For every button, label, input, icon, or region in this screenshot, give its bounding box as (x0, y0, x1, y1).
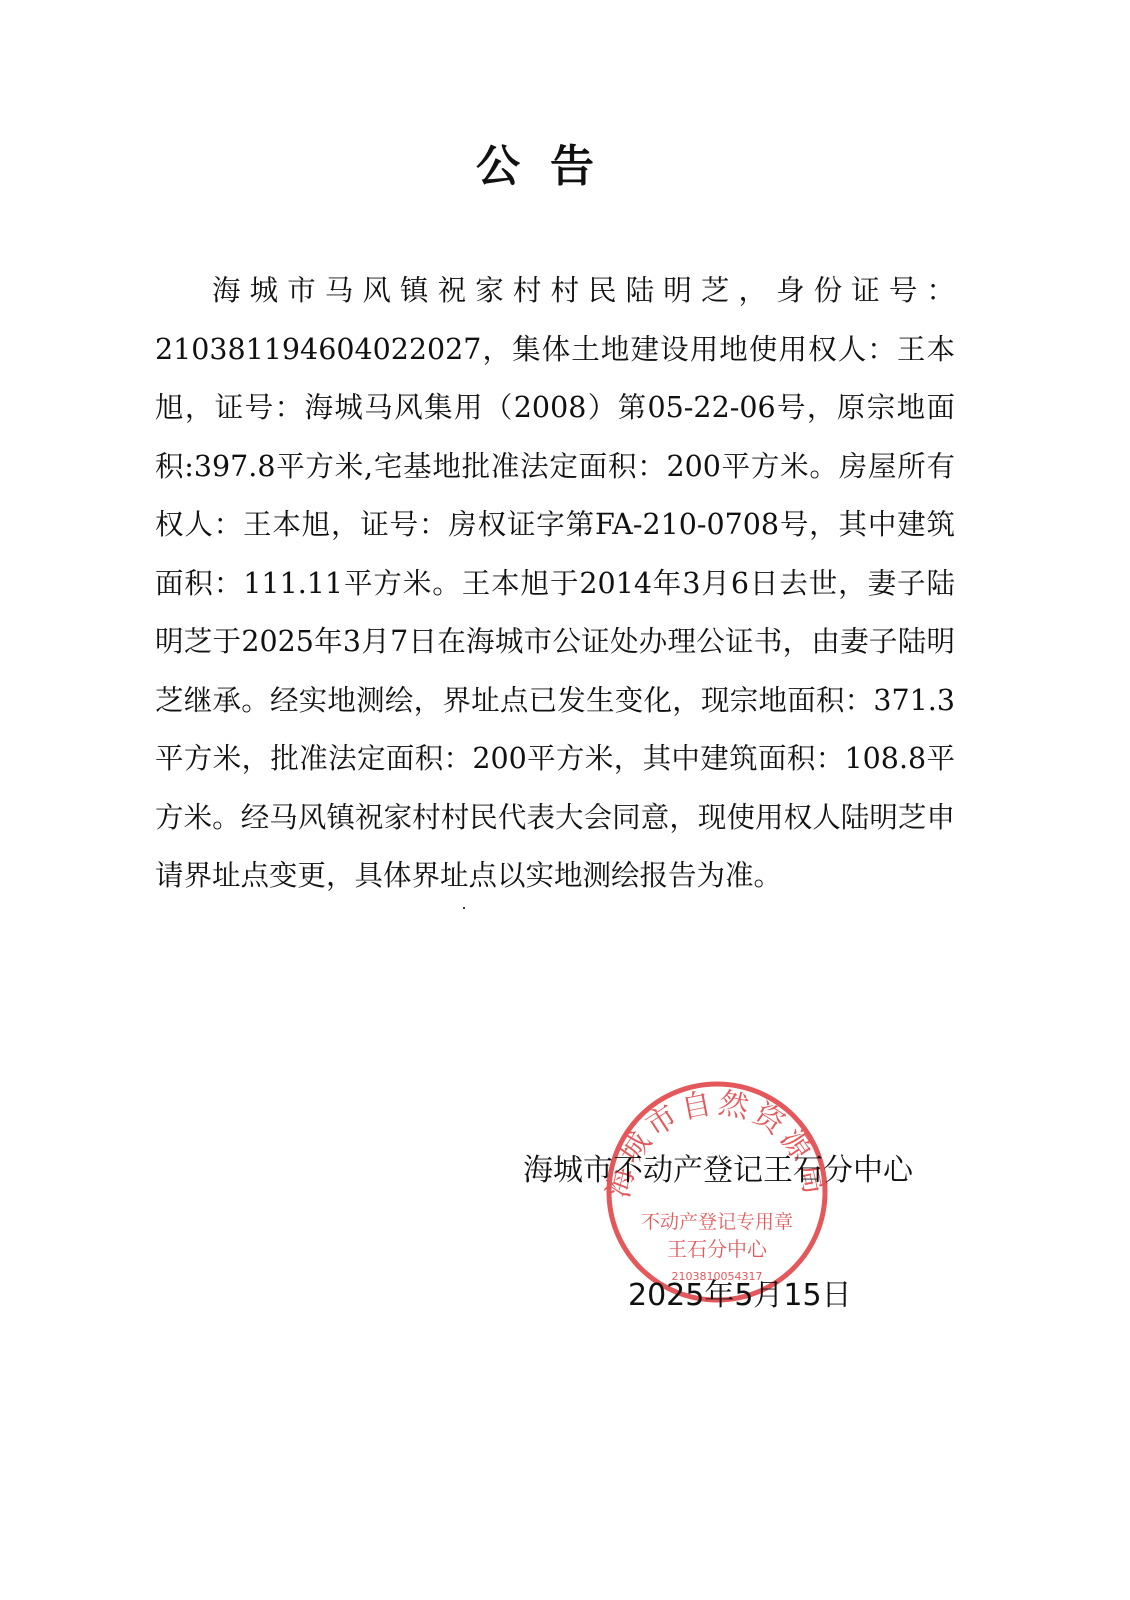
seal-center-line1: 不动产登记专用章 (641, 1211, 793, 1233)
scan-speck (463, 907, 465, 909)
issue-date: 2025年5月15日 (628, 1270, 852, 1314)
announcement-body: 海城市马风镇祝家村村民陆明芝，身份证号：210381194604022027，集… (155, 262, 955, 906)
document-title: 公告 (0, 130, 1100, 194)
seal-center-line2: 王石分中心 (667, 1237, 768, 1261)
announcement-paragraph: 海城市马风镇祝家村村民陆明芝，身份证号：210381194604022027，集… (155, 262, 955, 906)
issuer-signature: 海城市不动产登记王石分中心 (523, 1145, 913, 1189)
